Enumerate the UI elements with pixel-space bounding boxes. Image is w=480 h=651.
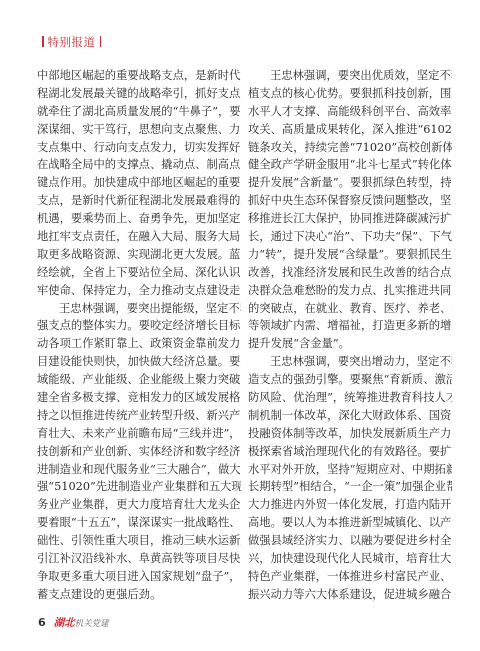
text-line: 长期转型”相结合，“一企一策”加强企业帮扶， — [248, 478, 452, 496]
text-line: 链条攻关，持续完善“71020”高校创新体系， — [248, 139, 452, 157]
text-line: 改善，找准经济发展和民生改善的结合点、解 — [248, 264, 452, 282]
text-line: 王忠林强调，要突出提能级，坚定不移做 — [37, 300, 241, 318]
text-line: 植支点的核心优势。要狠抓科技创新，围绕高 — [248, 85, 452, 103]
text-line: 特色产业集群，一体推进乡村富民产业、乡村 — [248, 568, 452, 586]
text-line: 投融资体制等改革，加快发展新质生产力，积 — [248, 425, 452, 443]
text-line: 王忠林强调，要突出优质效，坚定不移厚 — [248, 67, 452, 85]
text-line: 等领域扩内需、增福祉，打造更多新的增长点， — [248, 317, 452, 335]
text-line: 经绘就，全省上下要站位全局、深化认识，扛 — [37, 264, 241, 282]
text-line: 键点作用。加快建成中部地区崛起的重要战略 — [37, 174, 241, 192]
text-line: 提升发展“含金量”。 — [248, 335, 452, 353]
text-line: 造支点的强劲引擎。要聚焦“育新质、激活力、 — [248, 371, 452, 389]
text-line: 强支点的整体实力。要咬定经济增长目标，推 — [37, 317, 241, 335]
text-line: 振兴动力等六大体系建设，促进城乡融合发展。 — [248, 586, 452, 604]
text-line: 的突破点，在就业、教育、医疗、养老、托幼 — [248, 300, 452, 318]
text-line: 深谋细、实干笃行，思想向支点聚焦、力量向 — [37, 121, 241, 139]
text-line: 兴，加快建设现代化人民城市，培育壮大县域 — [248, 550, 452, 568]
text-line: 支点集中、行动向支点发力，切实发挥好支点 — [37, 139, 241, 157]
text-line: 持之以恒推进传统产业转型升级、新兴产业培 — [37, 407, 241, 425]
text-line: 务业产业集群，更大力度培育壮大龙头企业。 — [37, 496, 241, 514]
text-line: 制机制一体改革，深化大财政体系、国资国企、 — [248, 407, 452, 425]
text-line: 取更多战略资源、实现湖北更大发展。蓝图已 — [37, 246, 241, 264]
text-line: 强“51020”先进制造业产业集群和五大现代服 — [37, 478, 241, 496]
text-line: 高地。要以人为本推进新型城镇化、以产为基 — [248, 514, 452, 532]
text-line: 地扛牢支点责任，在融入大局、服务大局中争 — [37, 228, 241, 246]
text-line: 础性、引领性重大项目，推动三峡水运新通道、 — [37, 532, 241, 550]
text-line: 技创新和产业创新、实体经济和数字经济、先 — [37, 443, 241, 461]
text-line: 极探索省域治理现代化的有效路径。要扩大高 — [248, 443, 452, 461]
publication-logo-text: 机关党建 — [75, 619, 109, 629]
text-line: 程湖北发展最关键的战略牵引，抓好支点建设， — [37, 85, 241, 103]
text-line: 健全政产学研金服用“北斗七星式”转化体系， — [248, 156, 452, 174]
text-line: 长，通过下决心“治”、下功夫“保”、下气 — [248, 228, 452, 246]
text-line: 进制造业和现代服务业“三大融合”，做大做 — [37, 461, 241, 479]
publication-logo-red: 湖北 — [54, 617, 75, 629]
text-line: 移推进长江大保护，协同推进降碳减污扩绿增 — [248, 210, 452, 228]
text-line: 力“转”，提升发展“含绿量”。要狠抓民生 — [248, 246, 452, 264]
text-line: 决群众急难愁盼的发力点、扎实推进共同富裕 — [248, 282, 452, 300]
text-line: 牢使命、保持定力，全力推动支点建设走深走实。 — [37, 282, 241, 300]
text-line: 要着眼“十五五”，谋深谋实一批战略性、基 — [37, 514, 241, 532]
divider-bar-left — [42, 36, 44, 47]
article-column-right: 王忠林强调，要突出优质效，坚定不移厚植支点的核心优势。要狠抓科技创新，围绕高水平… — [248, 67, 452, 604]
text-line: 支点，是新时代新征程湖北发展最难得的历史 — [37, 192, 241, 210]
page-footer: 6湖北机关党建 — [38, 615, 109, 630]
text-line: 水平对外开放，坚持“短期应对、中期拓新、 — [248, 461, 452, 479]
text-line: 中部地区崛起的重要战略支点，是新时代新征 — [37, 67, 241, 85]
text-line: 水平人才支撑、高能级科创平台、高效率科研 — [248, 103, 452, 121]
text-line: 提升发展“含新量”。要狠抓绿色转型，持续 — [248, 174, 452, 192]
section-label: 特别报道 — [48, 35, 96, 49]
article-column-left: 中部地区崛起的重要战略支点，是新时代新征程湖北发展最关键的战略牵引，抓好支点建设… — [37, 67, 241, 604]
text-line: 建全省多极支撑、竞相发力的区域发展格局， — [37, 389, 241, 407]
text-line: 目建设能快则快，加快做大经济总量。要在区 — [37, 353, 241, 371]
text-line: 防风险、优治理”，统筹推进教育科技人才体 — [248, 389, 452, 407]
text-line: 做强县域经济实力、以融为要促进乡村全面振 — [248, 532, 452, 550]
text-line: 育壮大、未来产业前瞻布局“三线并进”，科 — [37, 425, 241, 443]
text-line: 动各项工作紧盯靠上、政策资金靠前发力、项 — [37, 335, 241, 353]
text-line: 引江补汉沿线补水、阜黄高铁等项目尽快开工， — [37, 550, 241, 568]
text-line: 域能级、产业能级、企业能级上聚力突破，构 — [37, 371, 241, 389]
text-line: 蓄支点建设的更强后劲。 — [37, 586, 241, 604]
text-line: 大力推进内外贸一体化发展，打造内陆开放新 — [248, 496, 452, 514]
section-tag: 特别报道 — [38, 34, 105, 50]
text-line: 就牵住了湖北高质量发展的“牛鼻子”，要谋 — [37, 103, 241, 121]
text-line: 在战略全局中的支撑点、撬动点、制高点、关 — [37, 156, 241, 174]
text-line: 机遇，要乘势而上、奋勇争先，更加坚定自觉 — [37, 210, 241, 228]
text-line: 争取更多重大项目进入国家规划“盘子”，积 — [37, 568, 241, 586]
text-line: 抓好中央生态环保督察反馈问题整改，坚定不 — [248, 192, 452, 210]
divider-bar-right — [100, 36, 102, 47]
page-number: 6 — [38, 616, 46, 629]
text-line: 攻关、高质量成果转化，深入推进“61020”全 — [248, 121, 452, 139]
text-line: 王忠林强调，要突出增动力，坚定不移打 — [248, 353, 452, 371]
